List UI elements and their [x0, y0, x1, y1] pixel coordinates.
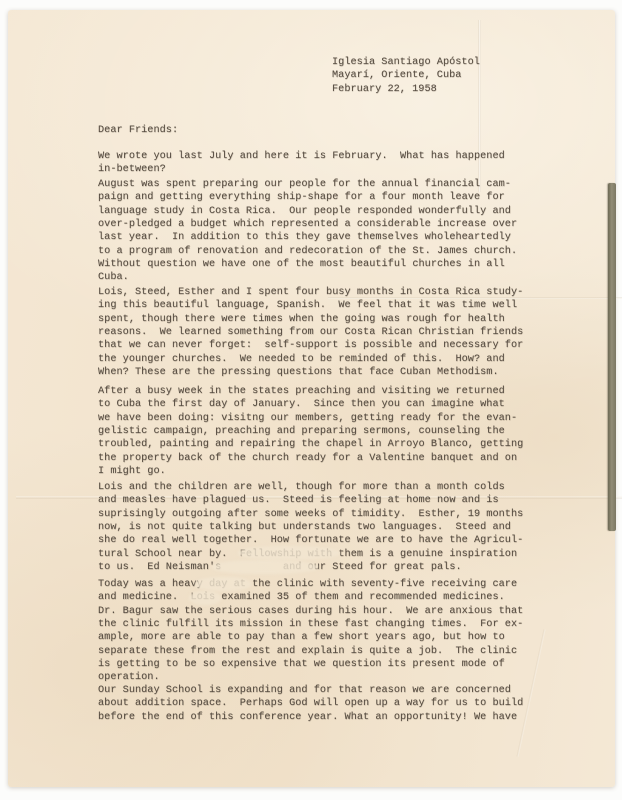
letter-paragraph: Our Sunday School is expanding and for t… [98, 684, 568, 724]
letter-paragraph: We wrote you last July and here it is Fe… [98, 150, 568, 177]
sender-address-and-date: Iglesia Santiago Apóstol Mayarí, Oriente… [332, 56, 572, 96]
scanner-edge-strip [608, 183, 616, 531]
letter-paragraph: Lois and the children are well, though f… [98, 481, 568, 574]
scanned-letter: Iglesia Santiago Apóstol Mayarí, Oriente… [0, 0, 622, 800]
letter-paragraph: August was spent preparing our people fo… [98, 178, 568, 285]
letter-paragraph: After a busy week in the states preachin… [98, 385, 568, 478]
salutation: Dear Friends: [98, 124, 298, 137]
letter-paragraph: Today was a heavy day at the clinic with… [98, 578, 568, 685]
letter-paragraph: Lois, Steed, Esther and I spent four bus… [98, 286, 568, 379]
